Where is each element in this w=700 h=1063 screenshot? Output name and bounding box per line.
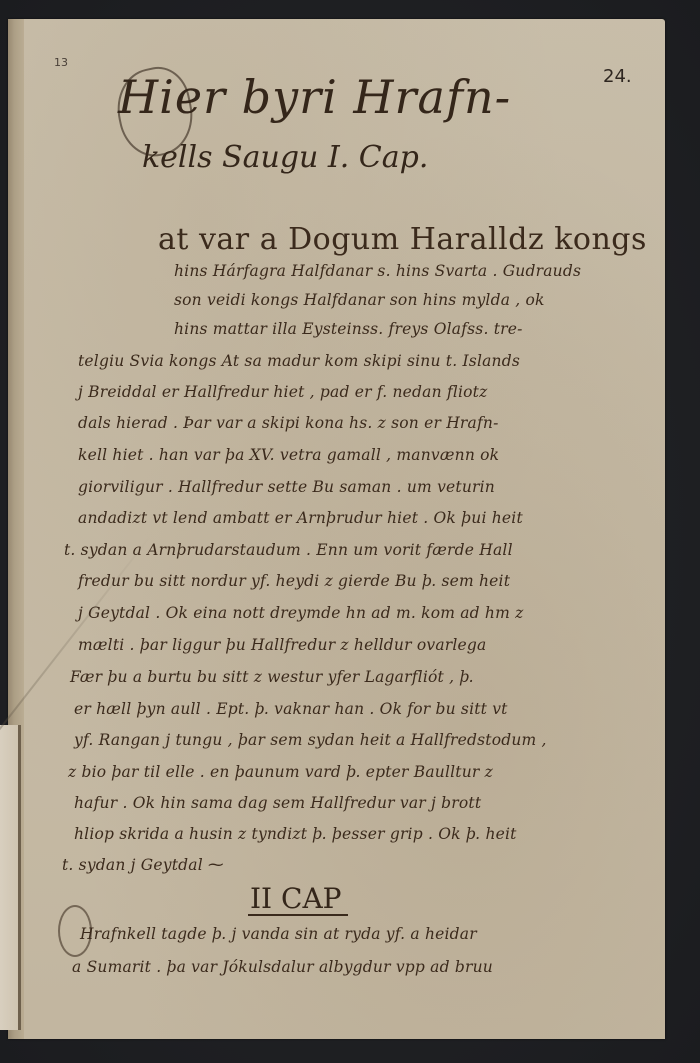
text-line: t. sydan j Geytdal ⁓ bbox=[62, 856, 224, 874]
text-line: telgiu Svia kongs At sa madur kom skipi … bbox=[78, 352, 520, 370]
folio-number-left: 13 bbox=[54, 56, 68, 69]
text-line: j Geytdal . Ok eina nott dreymde hn ad m… bbox=[78, 604, 524, 622]
text-line: dals hierad . Þar var a skipi kona hs. z… bbox=[78, 414, 499, 432]
text-line: fredur bu sitt nordur yf. heydi z gierde… bbox=[78, 572, 510, 590]
text-line: mælti . þar liggur þu Hallfredur z helld… bbox=[78, 636, 486, 654]
text-line: er hæll þyn aull . Ept. þ. vaknar han . … bbox=[74, 700, 508, 718]
text-line: Hrafnkell tagde þ. j vanda sin at ryda y… bbox=[80, 925, 477, 943]
text-line: t. sydan a Arnþrudarstaudum . Enn um vor… bbox=[64, 541, 513, 559]
text-line: hins Hárfagra Halfdanar s. hins Svarta .… bbox=[174, 262, 581, 280]
text-line: son veidi kongs Halfdanar son hins mylda… bbox=[174, 291, 545, 309]
text-line: hins mattar illa Eysteinss. freys Olafss… bbox=[174, 320, 523, 338]
text-line: j Breiddal er Hallfredur hiet , pad er f… bbox=[78, 383, 487, 401]
text-line: a Sumarit . þa var Jókulsdalur albygdur … bbox=[72, 958, 493, 976]
text-line: andadizt vt lend ambatt er Arnþrudur hie… bbox=[78, 509, 523, 527]
chapter-2-heading: II CAP bbox=[248, 884, 348, 916]
text-line: z bio þar til elle . en þaunum vard þ. e… bbox=[68, 763, 493, 781]
pasted-slip bbox=[0, 725, 21, 1030]
folio-number-right: 24. bbox=[603, 66, 632, 87]
saga-title-line-2: kells Saugu I. Cap. bbox=[142, 140, 428, 175]
text-line: hliop skrida a husin z tyndizt þ. þesser… bbox=[74, 825, 517, 843]
text-line: giorviligur . Hallfredur sette Bu saman … bbox=[78, 478, 495, 496]
saga-title-line-1: Hier byri Hrafn- bbox=[118, 70, 511, 124]
text-line: hafur . Ok hin sama dag sem Hallfredur v… bbox=[74, 794, 481, 812]
text-line: yf. Rangan j tungu , þar sem sydan heit … bbox=[74, 731, 547, 749]
text-line: at var a Dogum Haralldz kongs bbox=[158, 222, 647, 257]
text-line: Fær þu a burtu bu sitt z westur yfer Lag… bbox=[70, 668, 474, 686]
text-line: kell hiet . han var þa XV. vetra gamall … bbox=[78, 446, 499, 464]
